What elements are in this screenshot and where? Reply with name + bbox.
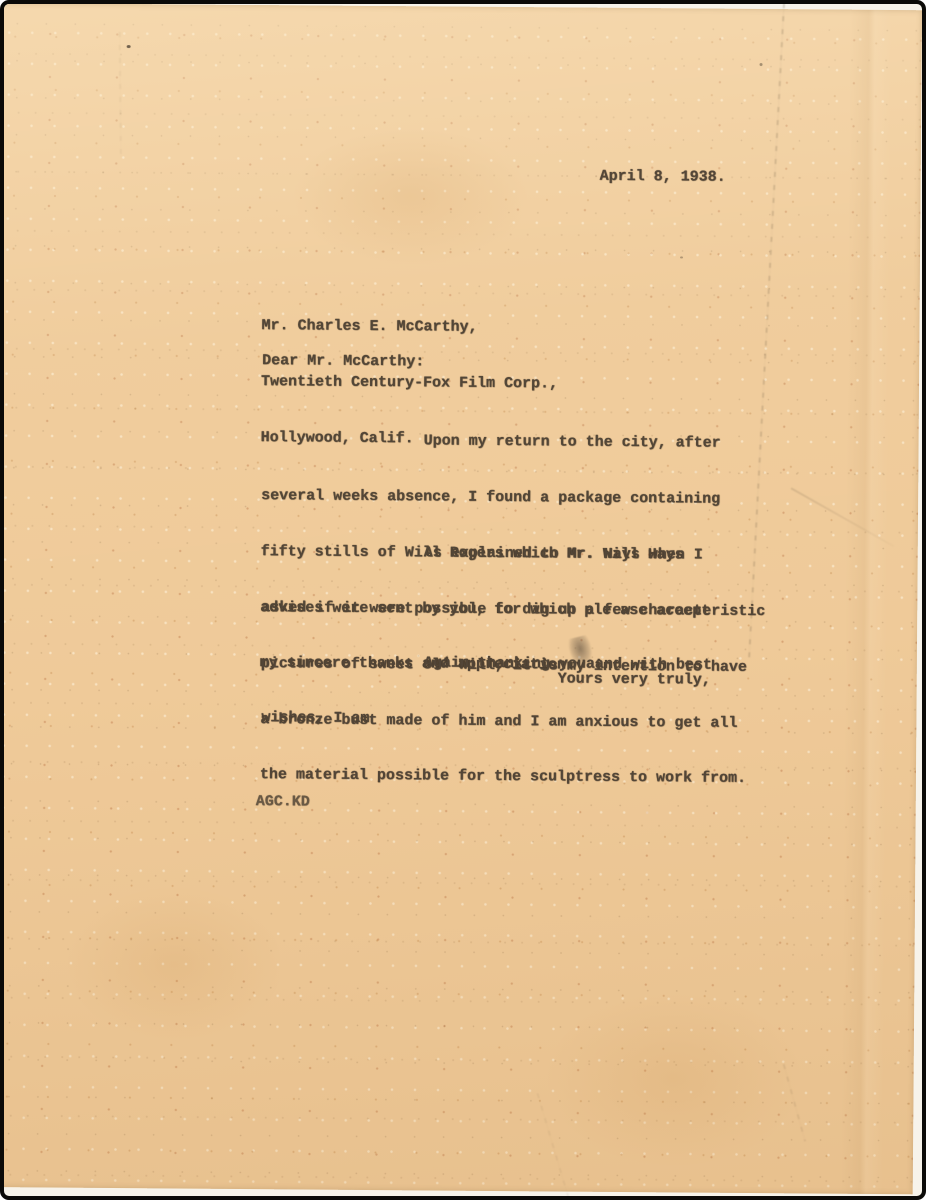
salutation: Dear Mr. McCarthy: <box>262 352 424 372</box>
letter-text: April 8, 1938. Mr. Charles E. McCarthy, … <box>0 3 922 1194</box>
letter-line: the material possible for the sculptress… <box>260 766 764 789</box>
letter-date: April 8, 1938. <box>600 168 726 188</box>
address-line: Mr. Charles E. McCarthy, <box>261 317 558 338</box>
letter-line: Upon my return to the city, after <box>261 431 720 453</box>
typist-initials: AGC.KD <box>256 793 310 812</box>
scanned-letter-page: April 8, 1938. Mr. Charles E. McCarthy, … <box>0 0 926 1200</box>
letter-line: wishes, I am <box>261 709 711 731</box>
address-line: Twentieth Century-Fox Film Corp., <box>261 373 558 394</box>
letter-paper: April 8, 1938. Mr. Charles E. McCarthy, … <box>0 3 922 1194</box>
letter-line: As explained to Mr. Hays when I <box>262 543 766 566</box>
body-paragraph-3: Again thanking youaand with best wishes,… <box>261 616 712 768</box>
closing-phrase: Yours very truly, <box>558 670 711 690</box>
